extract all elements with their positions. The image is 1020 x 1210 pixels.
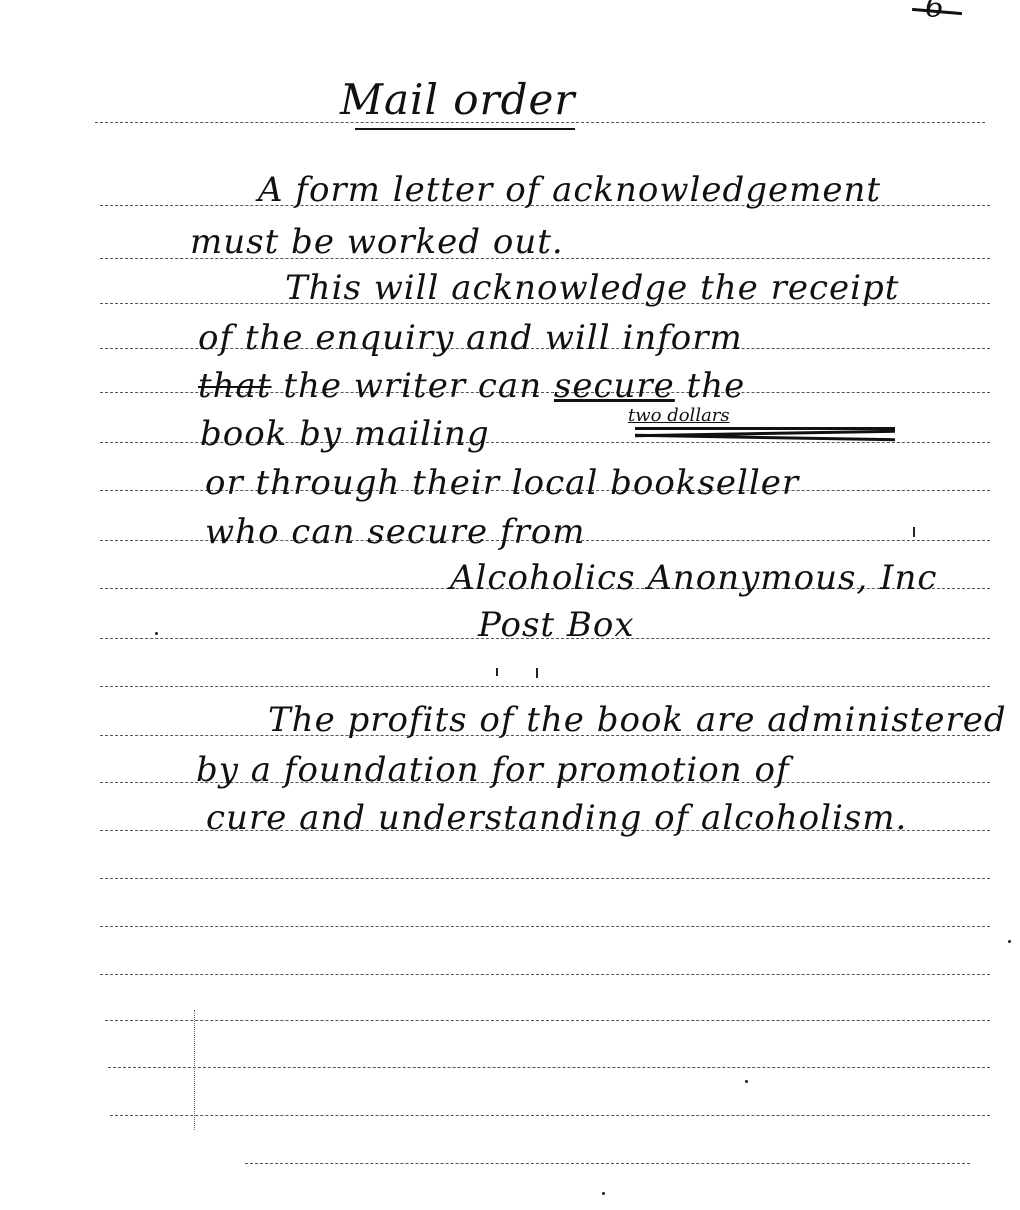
ruled-line: [110, 1115, 990, 1116]
address-line-2: Post Box: [478, 605, 635, 645]
scan-speck: [913, 527, 915, 537]
ruled-line: [105, 1020, 990, 1021]
scan-speck: [155, 632, 158, 635]
paragraph-2-line-2: of the enquiry and will inform: [198, 318, 743, 358]
paragraph-1-line-2: must be worked out.: [190, 222, 564, 262]
ruled-line: [100, 974, 990, 975]
struck-word: that: [198, 366, 272, 406]
title-underline: [355, 128, 575, 130]
scribbled-out-amount: [635, 427, 895, 437]
paragraph-3-line-1: The profits of the book are administered: [268, 700, 1007, 740]
address-line-1: Alcoholics Anonymous, Inc: [450, 558, 937, 598]
paragraph-1-line-1: A form letter of acknowledgement: [258, 170, 881, 210]
ruled-line: [100, 878, 990, 879]
scan-speck: [536, 668, 538, 678]
ruled-line: [245, 1163, 970, 1164]
page-title: Mail order: [340, 75, 575, 124]
ruled-line: [100, 686, 990, 687]
paragraph-3-line-3: cure and understanding of alcoholism.: [206, 798, 907, 838]
ruled-line: [100, 926, 990, 927]
paragraph-2-line-6: who can secure from: [205, 512, 586, 552]
scan-speck: [1008, 940, 1011, 943]
document-page: 6 Mail order A form letter of acknowledg…: [0, 0, 1020, 1210]
margin-line: [194, 1010, 195, 1130]
scan-speck: [745, 1080, 748, 1083]
paragraph-2-line-5: or through their local bookseller: [205, 463, 799, 503]
insertion-above-line: two dollars: [628, 405, 730, 426]
paragraph-2-line-4: book by mailing: [200, 414, 490, 454]
paragraph-2-line-3: that the writer can secure the: [198, 366, 745, 406]
scan-speck: [602, 1192, 605, 1195]
paragraph-3-line-2: by a foundation for promotion of: [196, 750, 790, 790]
line-3-rest: the writer can secure the: [283, 366, 745, 406]
underlined-word: secure: [554, 366, 675, 406]
ruled-line: [108, 1067, 990, 1068]
scan-speck: [496, 668, 498, 676]
paragraph-2-line-1: This will acknowledge the receipt: [285, 268, 899, 308]
